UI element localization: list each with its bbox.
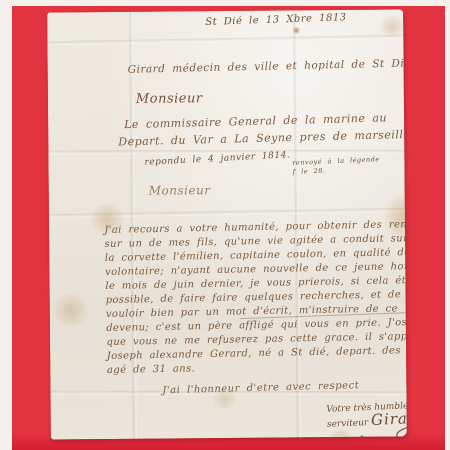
signature-flourish [351, 417, 407, 439]
stain-left-edge [50, 294, 92, 326]
photo-background: { "photo": { "mat_color": "#e23440", "bo… [0, 0, 450, 450]
addressee-line-1: Le commissaire General de la marine au [124, 111, 387, 131]
letter-body: J'ai recours a votre humanité, pour obte… [104, 217, 407, 378]
salutation-line-2: Monsieur [149, 183, 211, 198]
date-line: St Dié le 13 Xbre 1813 [205, 12, 347, 28]
addressee-line-2: Depart. du Var a La Seyne pres de marsei… [118, 128, 407, 149]
closing-line: J'ai l'honneur d'etre avec respect [162, 380, 359, 396]
fold-crease-top [47, 35, 403, 46]
stain-top-right-corner [377, 15, 407, 37]
recipient-header-line: Girard médecin des ville et hopital de S… [128, 57, 407, 75]
reply-annotation: repondu le 4 janvier 1814. [144, 150, 290, 168]
ink-spot-stain [292, 26, 300, 34]
fold-crease-middle [49, 208, 405, 218]
salutation-line: Monsieur [136, 91, 203, 107]
margin-annotation: renvoyé à la légende f le 28. [292, 155, 380, 177]
letter-paper: St Dié le 13 Xbre 1813 Girard médecin de… [47, 9, 407, 439]
red-mat: St Dié le 13 Xbre 1813 Girard médecin de… [12, 6, 445, 450]
